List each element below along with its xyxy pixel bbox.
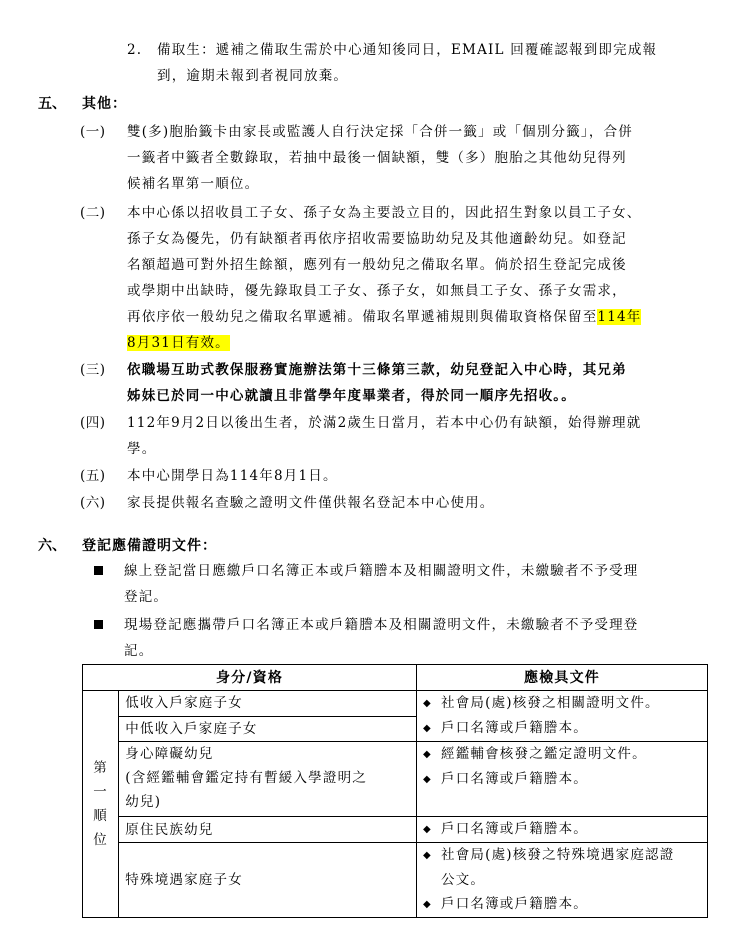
priority-char: 一 [89,780,112,804]
section-number: 五、 [38,94,66,114]
paragraph-line: 學。 [127,439,156,459]
paragraph-line: 本中心開學日為114年8月1日。 [127,466,338,486]
bullet-line: 記。 [124,641,153,661]
paragraph-line: 112年9月2日以後出生者，於滿2歲生日當月，若本中心仍有缺額，始得辦理就 [127,413,641,433]
required-documents-table: 身分/資格 應檢具文件 第 一 順 位 低收入戶家庭子女 ◆社會局(處)核發之相… [82,664,708,918]
section-title: 其他： [82,94,127,114]
paragraph-line: 再依序依一般幼兒之備取名單遞補。備取名單遞補規則與備取資格保留至114年 [127,307,641,327]
item-label: (二) [80,203,106,223]
diamond-bullet-icon: ◆ [423,743,441,767]
paragraph-line: 一籤者中籤者全數錄取，若抽中最後一個缺額，雙（多）胞胎之其他幼兒得列 [127,148,627,168]
priority-char: 位 [89,828,112,852]
table-row: 原住民族幼兒 ◆戶口名簿或戶籍謄本。 [83,817,708,843]
documents-cell: ◆社會局(處)核發之特殊境遇家庭認證 公文。 ◆戶口名簿或戶籍謄本。 [417,843,708,918]
paragraph-line: 到，逾期未報到者視同放棄。 [157,66,348,86]
document-item-continued: 公文。 [423,868,701,892]
item-label: (四) [80,413,106,433]
paragraph-line: 本中心係以招收員工子女、孫子女為主要設立目的，因此招生對象以員工子女、 [127,203,642,223]
document-text: 社會局(處)核發之特殊境遇家庭認證 [441,847,674,863]
bullet-line: 登記。 [124,587,168,607]
identity-text: 幼兒) [125,790,410,814]
table-row: 特殊境遇家庭子女 ◆社會局(處)核發之特殊境遇家庭認證 公文。 ◆戶口名簿或戶籍… [83,843,708,918]
document-text: 戶口名簿或戶籍謄本。 [441,771,588,787]
document-text: 戶口名簿或戶籍謄本。 [441,896,588,912]
paragraph-line: 家長提供報名查驗之證明文件僅供報名登記本中心使用。 [127,493,495,513]
identity-cell: 中低收入戶家庭子女 [119,716,417,742]
paragraph-line: 孫子女為優先，仍有缺額者再依序招收需要協助幼兒及其他適齡幼兒。如登記 [127,229,627,249]
table-row: 身心障礙幼兒 (含經鑑輔會鑑定持有暫緩入學證明之 幼兒) ◆經鑑輔會核發之鑑定證… [83,742,708,817]
paragraph-line: 或學期中出缺時，優先錄取員工子女、孫子女，如無員工子女、孫子女需求， [127,281,627,301]
paragraph-text: 再依序依一般幼兒之備取名單遞補。備取名單遞補規則與備取資格保留至 [127,309,597,325]
identity-text: (含經鑑輔會鑑定持有暫緩入學證明之 [125,766,410,790]
table-header-row: 身分/資格 應檢具文件 [83,665,708,691]
document-item: ◆社會局(處)核發之特殊境遇家庭認證 [423,843,701,868]
diamond-bullet-icon: ◆ [423,692,441,716]
bullet-line: 現場登記應攜帶戶口名簿正本或戶籍謄本及相關證明文件，未繳驗者不予受理登 [124,615,639,635]
item-label: (五) [80,466,106,486]
identity-cell: 特殊境遇家庭子女 [119,843,417,918]
table-row: 第 一 順 位 低收入戶家庭子女 ◆社會局(處)核發之相關證明文件。 ◆戶口名簿… [83,691,708,717]
item-label: (六) [80,493,106,513]
documents-cell: ◆戶口名簿或戶籍謄本。 [417,817,708,843]
paragraph-line: 雙(多)胞胎籤卡由家長或監護人自行決定採「合併一籤」或「個別分籤」，合併 [127,122,633,142]
identity-cell: 低收入戶家庭子女 [119,691,417,717]
item-label: (三) [80,360,106,380]
document-item: ◆戶口名簿或戶籍謄本。 [423,767,701,792]
square-bullet-icon [94,620,103,629]
paragraph-line: 名額超過可對外招生餘額，應列有一般幼兒之備取名單。倘於招生登記完成後 [127,255,627,275]
diamond-bullet-icon: ◆ [423,893,441,917]
item-label: (一) [80,122,106,142]
list-number: 2. [127,40,142,60]
diamond-bullet-icon: ◆ [423,844,441,868]
priority-label-cell: 第 一 順 位 [83,691,119,918]
section-title: 登記應備證明文件： [82,536,217,556]
paragraph-line: 依職場互助式教保服務實施辦法第十三條第三款，幼兒登記入中心時，其兄弟 [127,360,627,380]
paragraph-line: 8月31日有效。 [127,333,230,353]
diamond-bullet-icon: ◆ [423,768,441,792]
diamond-bullet-icon: ◆ [423,717,441,741]
diamond-bullet-icon: ◆ [423,818,441,842]
document-text: 戶口名簿或戶籍謄本。 [441,821,588,837]
paragraph-line: 候補名單第一順位。 [127,174,259,194]
paragraph-line: 姊妹已於同一中心就讀且非當學年度畢業者，得於同一順序先招收。。 [127,386,576,406]
header-documents: 應檢具文件 [417,665,708,691]
bullet-line: 線上登記當日應繳戶口名簿正本或戶籍謄本及相關證明文件，未繳驗者不予受理 [124,561,639,581]
document-item: ◆社會局(處)核發之相關證明文件。 [423,691,701,716]
section-number: 六、 [38,536,66,556]
documents-cell: ◆社會局(處)核發之相關證明文件。 ◆戶口名簿或戶籍謄本。 [417,691,708,742]
priority-char: 第 [89,756,112,780]
document-text: 經鑑輔會核發之鑑定證明文件。 [441,746,647,762]
document-text: 社會局(處)核發之相關證明文件。 [441,695,660,711]
documents-cell: ◆經鑑輔會核發之鑑定證明文件。 ◆戶口名簿或戶籍謄本。 [417,742,708,817]
priority-char: 順 [89,804,112,828]
highlighted-date: 8月31日有效。 [127,335,230,351]
header-identity: 身分/資格 [83,665,417,691]
identity-text: 身心障礙幼兒 [125,742,410,766]
square-bullet-icon [94,566,103,575]
document-item: ◆戶口名簿或戶籍謄本。 [423,817,701,842]
document-item: ◆經鑑輔會核發之鑑定證明文件。 [423,742,701,767]
document-item: ◆戶口名簿或戶籍謄本。 [423,892,701,917]
identity-cell: 原住民族幼兒 [119,817,417,843]
document-text: 戶口名簿或戶籍謄本。 [441,720,588,736]
document-item: ◆戶口名簿或戶籍謄本。 [423,716,701,741]
paragraph-line: 備取生：遞補之備取生需於中心通知後同日，EMAIL 回覆確認報到即完成報 [157,40,657,60]
highlighted-date: 114年 [597,309,641,325]
identity-cell: 身心障礙幼兒 (含經鑑輔會鑑定持有暫緩入學證明之 幼兒) [119,742,417,817]
